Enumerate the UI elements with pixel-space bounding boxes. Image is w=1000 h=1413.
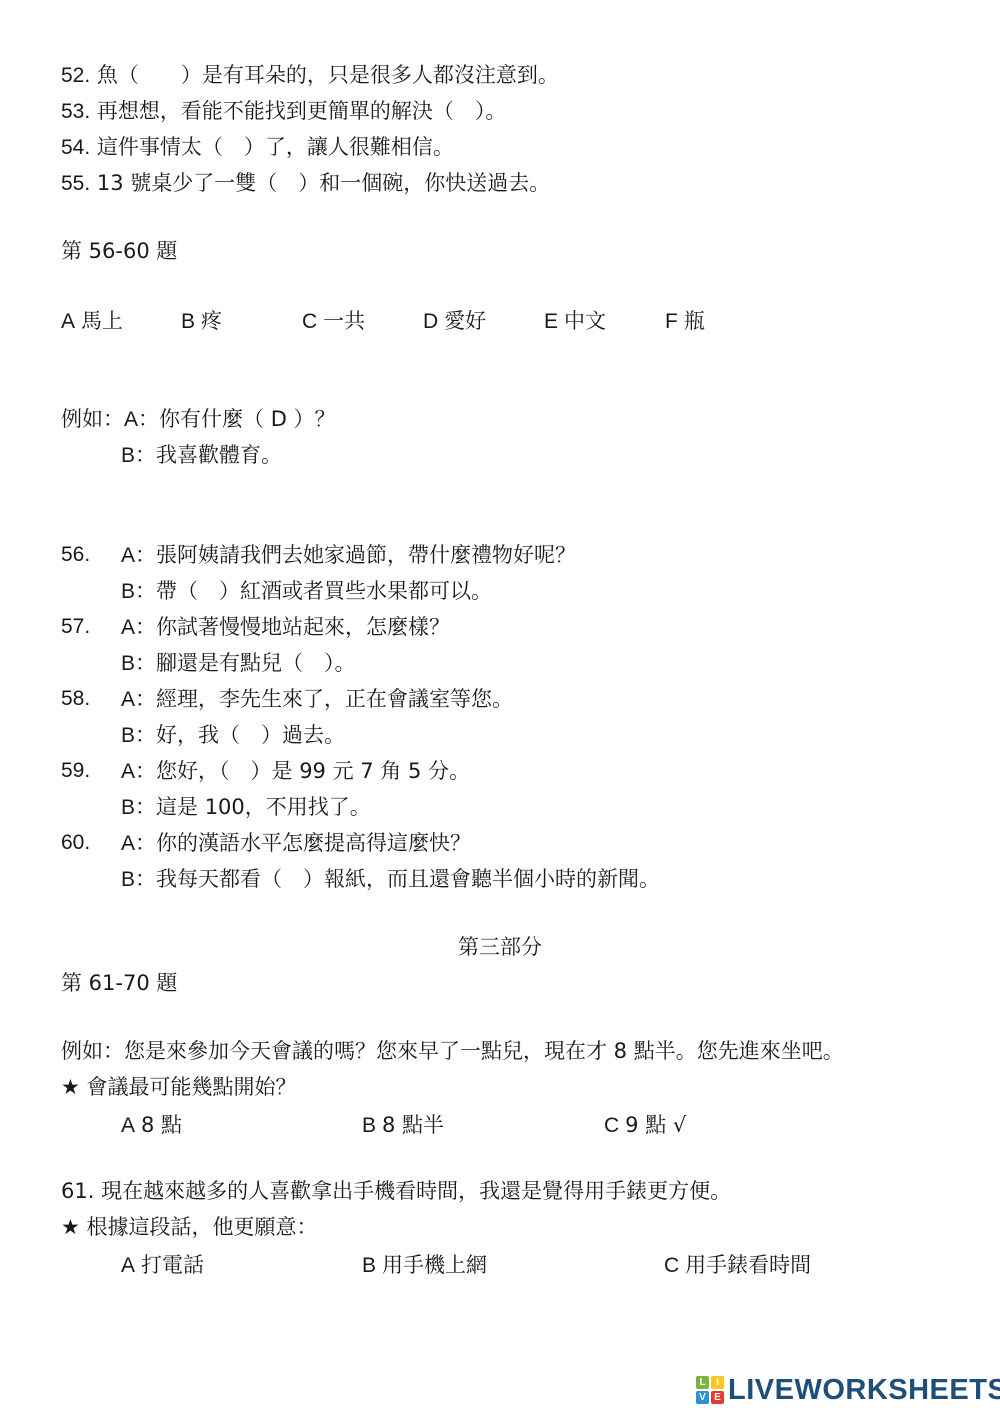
dialogue-57-b: B：腳還是有點兒（ ）。 — [121, 649, 356, 678]
option-a: A馬上 — [61, 305, 123, 335]
dialogue-58-number: 58. — [61, 685, 90, 713]
dialogue-60-number: 60. — [61, 829, 90, 857]
logo-tile-e: E — [711, 1391, 724, 1404]
question-54: 54. 這件事情太（ ）了，讓人很難相信。 — [61, 133, 454, 162]
dialogue-60-b: B：我每天都看（ ）報紙，而且還會聽半個小時的新聞。 — [121, 865, 660, 894]
question-52: 52. 魚（ ）是有耳朵的，只是很多人都沒注意到。 — [61, 61, 559, 90]
section-heading-56-60: 第 56-60 題 — [61, 237, 177, 265]
dialogue-56-number: 56. — [61, 541, 90, 569]
q61-choice-c: C用手錶看時間 — [664, 1249, 811, 1279]
option-e: E中文 — [544, 305, 606, 335]
section-heading-61-70: 第 61-70 題 — [61, 969, 177, 997]
part-three-example-question: ★ 會議最可能幾點開始？ — [61, 1073, 297, 1101]
option-c: C一共 — [302, 305, 365, 335]
part-three-title: 第三部分 — [0, 933, 1000, 961]
logo-text: LIVEWORKSHEETS — [728, 1374, 1000, 1407]
logo-tiles-icon: L I V E — [696, 1376, 724, 1404]
dialogue-57-number: 57. — [61, 613, 90, 641]
q61-choice-a: A打電話 — [121, 1249, 204, 1279]
option-b: B疼 — [181, 305, 222, 335]
example-choice-a: A8 點 — [121, 1109, 182, 1139]
question-61-prompt: ★ 根據這段話，他更願意： — [61, 1213, 318, 1241]
dialogue-56-a: A：張阿姨請我們去她家過節，帶什麼禮物好呢？ — [121, 541, 576, 570]
dialogue-56-b: B：帶（ ）紅酒或者買些水果都可以。 — [121, 577, 492, 606]
logo-tile-v: V — [696, 1391, 709, 1404]
example-choice-c: C9 點 √ — [604, 1109, 686, 1139]
option-d: D愛好 — [423, 305, 486, 335]
option-f: F瓶 — [665, 305, 705, 335]
q61-choice-b: B用手機上網 — [362, 1249, 487, 1279]
example-choice-b: B8 點半 — [362, 1109, 444, 1139]
example-line-b: B：我喜歡體育。 — [121, 441, 282, 470]
word-options: A馬上 B疼 C一共 D愛好 E中文 F瓶 — [61, 305, 961, 333]
example-line-a: 例如：A：你有什麼（ D ）？ — [61, 405, 336, 434]
part-three-example-choices: A8 點 B8 點半 C9 點 √ — [121, 1109, 921, 1137]
dialogue-58-a: A：經理，李先生來了，正在會議室等您。 — [121, 685, 513, 714]
logo-tile-l: L — [696, 1376, 709, 1389]
liveworksheets-logo: L I V E LIVEWORKSHEETS — [696, 1374, 1000, 1406]
dialogue-59-number: 59. — [61, 757, 90, 785]
question-53: 53. 再想想，看能不能找到更簡單的解決（ ）。 — [61, 97, 506, 126]
question-61-choices: A打電話 B用手機上網 C用手錶看時間 — [121, 1249, 921, 1277]
part-three-example-text: 例如：您是來參加今天會議的嗎？您來早了一點兒，現在才 8 點半。您先進來坐吧。 — [61, 1037, 844, 1065]
dialogue-59-a: A：您好，（ ）是 99 元 7 角 5 分。 — [121, 757, 470, 786]
question-55: 55. 13 號桌少了一雙（ ）和一個碗，你快送過去。 — [61, 169, 550, 198]
question-61-text: 61. 現在越來越多的人喜歡拿出手機看時間，我還是覺得用手錶更方便。 — [61, 1177, 731, 1205]
dialogue-57-a: A：你試著慢慢地站起來，怎麼樣？ — [121, 613, 450, 642]
dialogue-60-a: A：你的漢語水平怎麼提高得這麼快？ — [121, 829, 471, 858]
dialogue-59-b: B：這是 100，不用找了。 — [121, 793, 371, 822]
logo-tile-i: I — [711, 1376, 724, 1389]
dialogue-58-b: B：好，我（ ）過去。 — [121, 721, 345, 750]
